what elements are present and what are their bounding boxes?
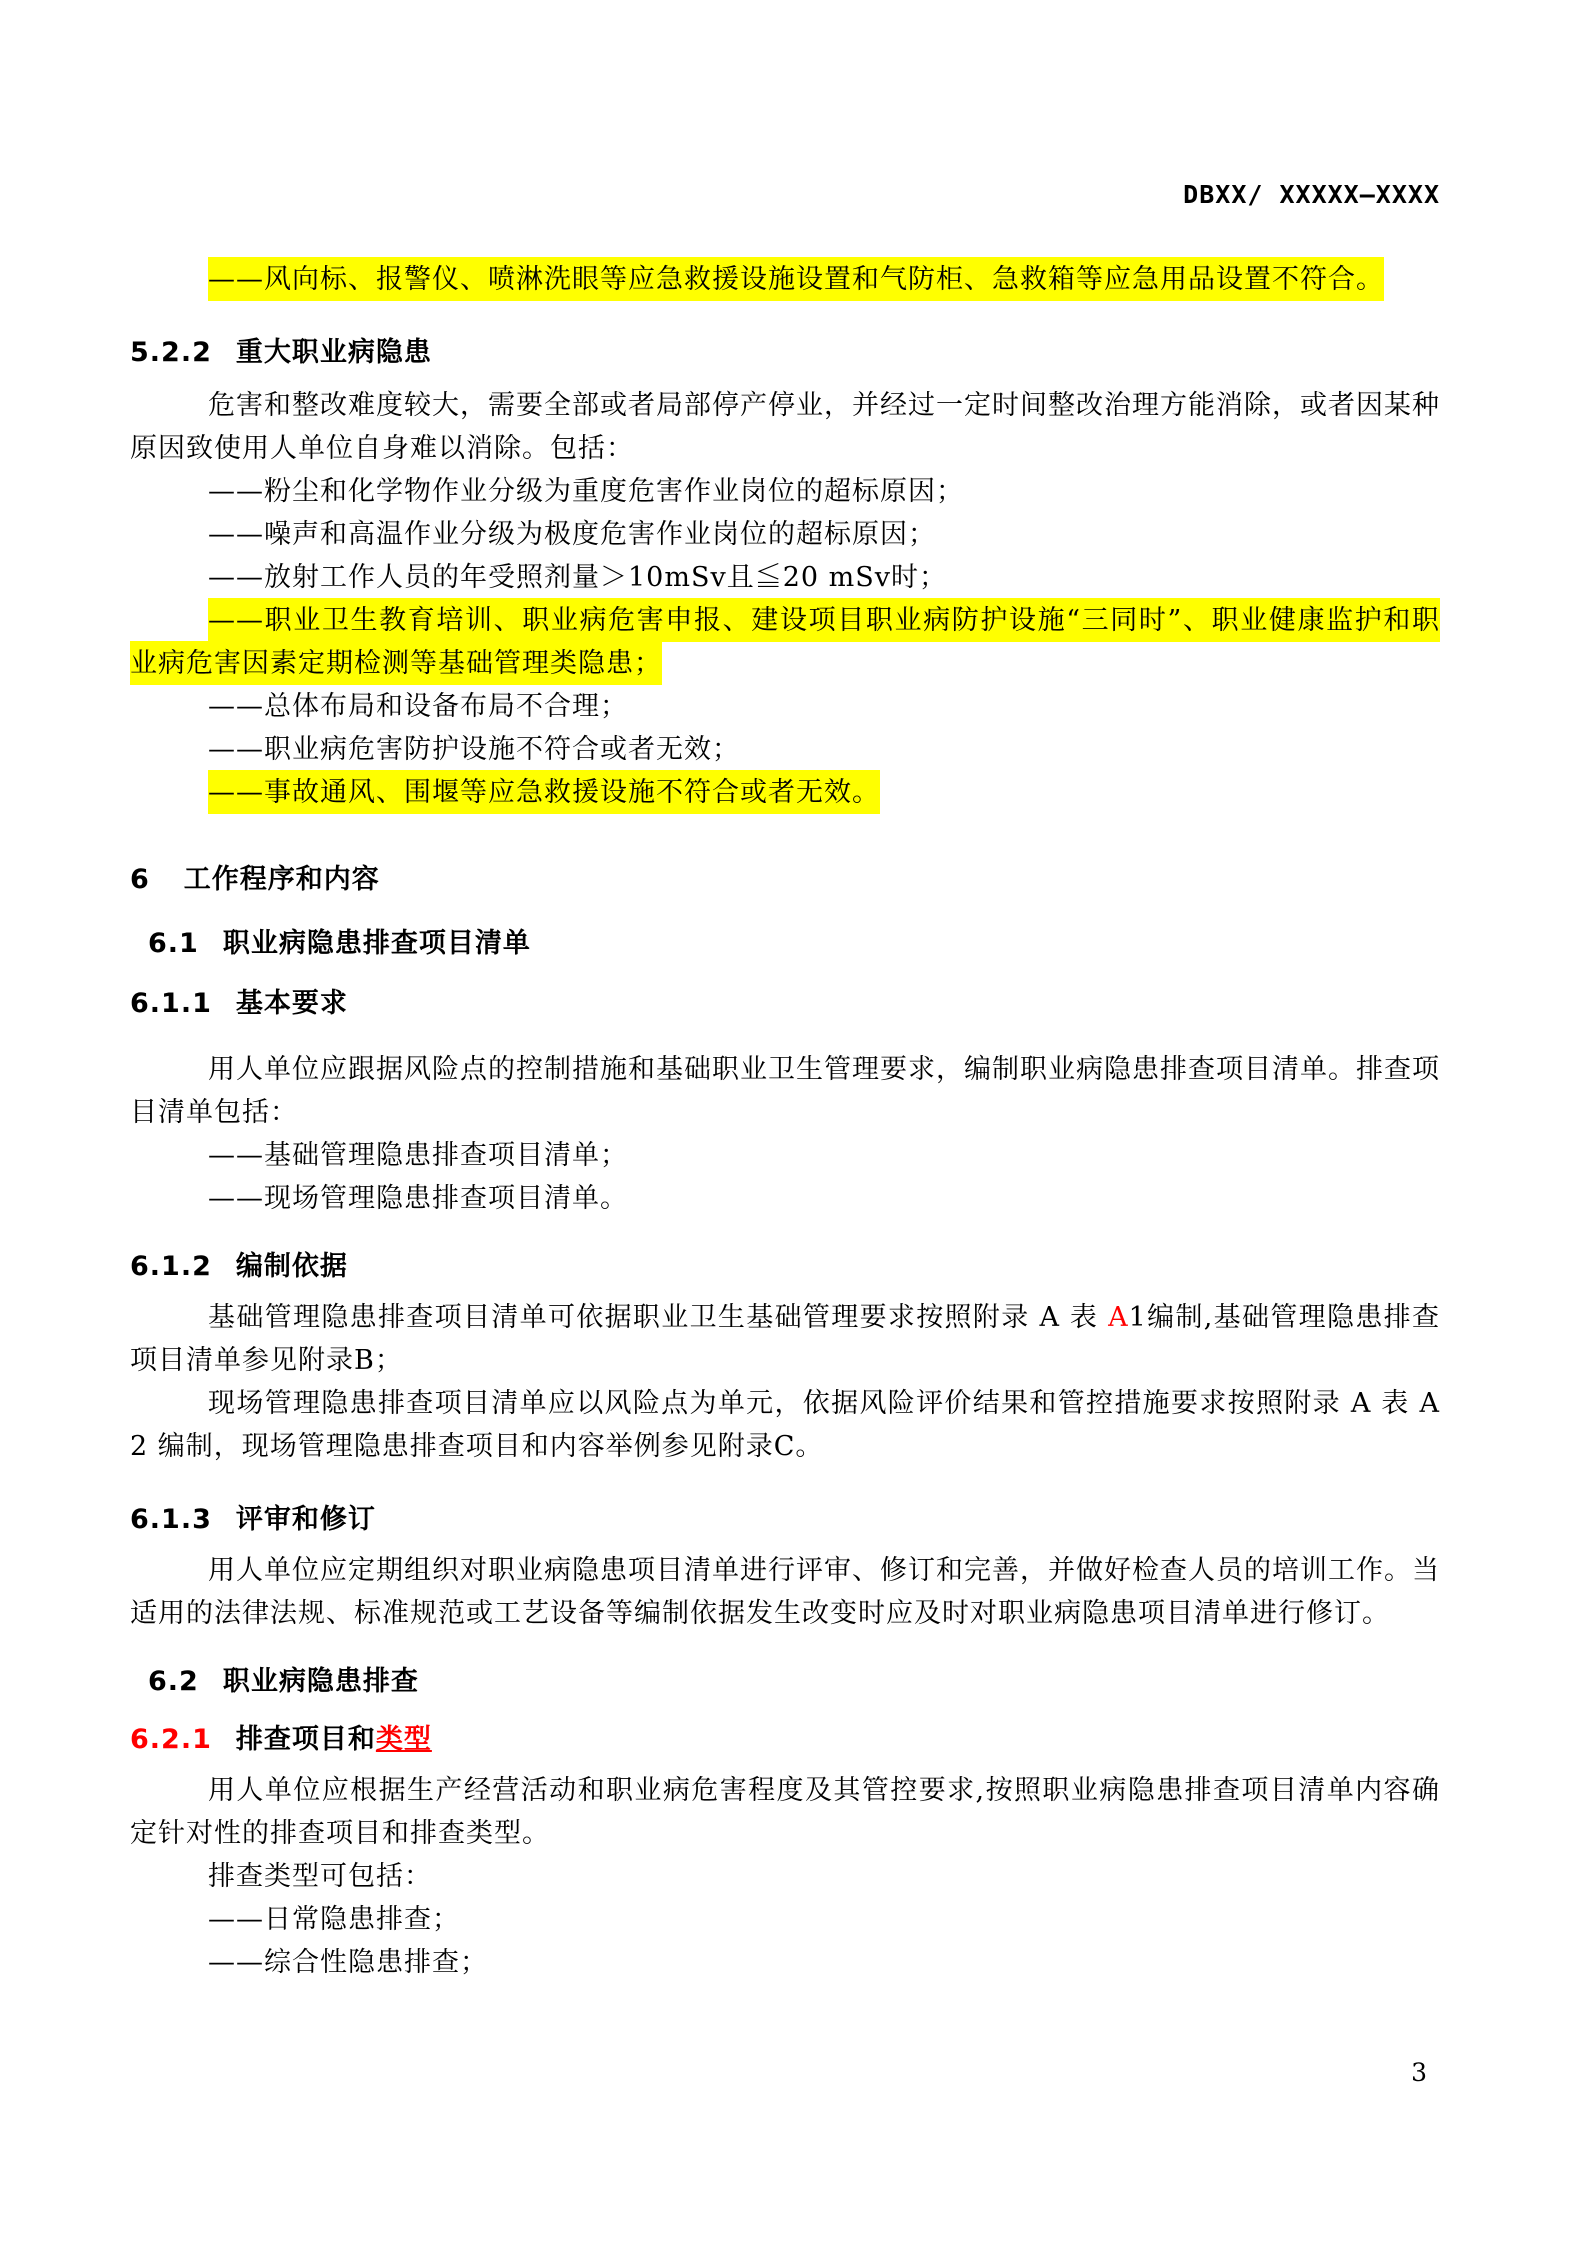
section-heading-6-1-2: 6.1.2编制依据 bbox=[130, 1245, 1440, 1288]
highlighted-item-basic-management: ——职业卫生教育培训、职业病危害申报、建设项目职业病防护设施“三同时”、职业健康… bbox=[130, 599, 1440, 685]
page-number: 3 bbox=[1411, 2058, 1427, 2088]
paragraph-6-2-1: 用人单位应根据生产经营活动和职业病危害程度及其管控要求,按照职业病隐患排查项目清… bbox=[130, 1769, 1440, 1855]
paragraph-6-1-2-second: 现场管理隐患排查项目清单应以风险点为单元，依据风险评价结果和管控措施要求按照附录… bbox=[130, 1382, 1440, 1468]
section-number: 5.2.2 bbox=[130, 337, 212, 368]
chapter-heading-6: 6工作程序和内容 bbox=[130, 858, 1440, 901]
highlighted-item-accident-ventilation: ——事故通风、围堰等应急救援设施不符合或者无效。 bbox=[130, 771, 1440, 814]
section-title: 职业病隐患排查 bbox=[223, 1666, 419, 1697]
chapter-title: 工作程序和内容 bbox=[184, 864, 380, 895]
highlighted-item-emergency-facility: ——风向标、报警仪、喷淋洗眼等应急救援设施设置和气防柜、急救箱等应急用品设置不符… bbox=[130, 258, 1440, 301]
section-heading-6-1-3: 6.1.3评审和修订 bbox=[130, 1498, 1440, 1541]
section-title: 基本要求 bbox=[236, 988, 348, 1019]
list-item: ——粉尘和化学物作业分级为重度危害作业岗位的超标原因； bbox=[130, 470, 1440, 513]
sub-lead-line: 排查类型可包括： bbox=[130, 1855, 1440, 1898]
section-number: 6.2 bbox=[148, 1666, 199, 1697]
section-title-red-underlined: 类型 bbox=[376, 1724, 432, 1755]
section-number: 6.1.1 bbox=[130, 988, 212, 1019]
list-item: ——现场管理隐患排查项目清单。 bbox=[130, 1177, 1440, 1220]
paragraph-6-1-3: 用人单位应定期组织对职业病隐患项目清单进行评审、修订和完善，并做好检查人员的培训… bbox=[130, 1549, 1440, 1635]
section-heading-6-2-1: 6.2.1排查项目和类型 bbox=[130, 1718, 1440, 1761]
list-item: ——基础管理隐患排查项目清单； bbox=[130, 1134, 1440, 1177]
paragraph-5-2-2: 危害和整改难度较大，需要全部或者局部停产停业，并经过一定时间整改治理方能消除，或… bbox=[130, 384, 1440, 470]
section-heading-5-2-2: 5.2.2重大职业病隐患 bbox=[130, 331, 1440, 374]
paragraph-text: 基础管理隐患排查项目清单可依据职业卫生基础管理要求按照附录 A 表 bbox=[208, 1302, 1108, 1333]
list-item: ——放射工作人员的年受照剂量＞10mSv且≦20 mSv时； bbox=[130, 556, 1440, 599]
standard-code: DBXX/ XXXXX—XXXX bbox=[1183, 180, 1440, 209]
document-page: DBXX/ XXXXX—XXXX ——风向标、报警仪、喷淋洗眼等应急救援设施设置… bbox=[0, 0, 1587, 2245]
list-item: ——综合性隐患排查； bbox=[130, 1941, 1440, 1984]
list-item: ——日常隐患排查； bbox=[130, 1898, 1440, 1941]
section-heading-6-1: 6.1职业病隐患排查项目清单 bbox=[148, 922, 1440, 965]
section-number: 6.1 bbox=[148, 928, 199, 959]
list-item: ——总体布局和设备布局不合理； bbox=[130, 685, 1440, 728]
section-heading-6-2: 6.2职业病隐患排查 bbox=[148, 1660, 1440, 1703]
section-title-black: 排查项目和 bbox=[236, 1724, 376, 1755]
yellow-highlight: ——职业卫生教育培训、职业病危害申报、建设项目职业病防护设施“三同时”、职业健康… bbox=[130, 598, 1440, 685]
yellow-highlight: ——风向标、报警仪、喷淋洗眼等应急救援设施设置和气防柜、急救箱等应急用品设置不符… bbox=[208, 257, 1384, 301]
page-header: DBXX/ XXXXX—XXXX bbox=[130, 0, 1440, 210]
yellow-highlight: ——事故通风、围堰等应急救援设施不符合或者无效。 bbox=[208, 770, 880, 814]
section-title: 职业病隐患排查项目清单 bbox=[223, 928, 531, 959]
section-heading-6-1-1: 6.1.1基本要求 bbox=[130, 982, 1440, 1025]
section-number: 6.1.3 bbox=[130, 1504, 212, 1535]
paragraph-6-1-2-first: 基础管理隐患排查项目清单可依据职业卫生基础管理要求按照附录 A 表 A1编制,基… bbox=[130, 1296, 1440, 1382]
section-number: 6.1.2 bbox=[130, 1251, 212, 1282]
paragraph-6-1-1: 用人单位应跟据风险点的控制措施和基础职业卫生管理要求，编制职业病隐患排查项目清单… bbox=[130, 1048, 1440, 1134]
list-item: ——职业病危害防护设施不符合或者无效； bbox=[130, 728, 1440, 771]
document-body: ——风向标、报警仪、喷淋洗眼等应急救援设施设置和气防柜、急救箱等应急用品设置不符… bbox=[130, 258, 1440, 1984]
chapter-number: 6 bbox=[130, 864, 150, 895]
red-annex-reference: A bbox=[1108, 1302, 1129, 1333]
section-title: 评审和修订 bbox=[236, 1504, 376, 1535]
section-title: 编制依据 bbox=[236, 1251, 348, 1282]
section-title: 重大职业病隐患 bbox=[236, 337, 432, 368]
section-number-red: 6.2.1 bbox=[130, 1724, 212, 1755]
list-item: ——噪声和高温作业分级为极度危害作业岗位的超标原因； bbox=[130, 513, 1440, 556]
